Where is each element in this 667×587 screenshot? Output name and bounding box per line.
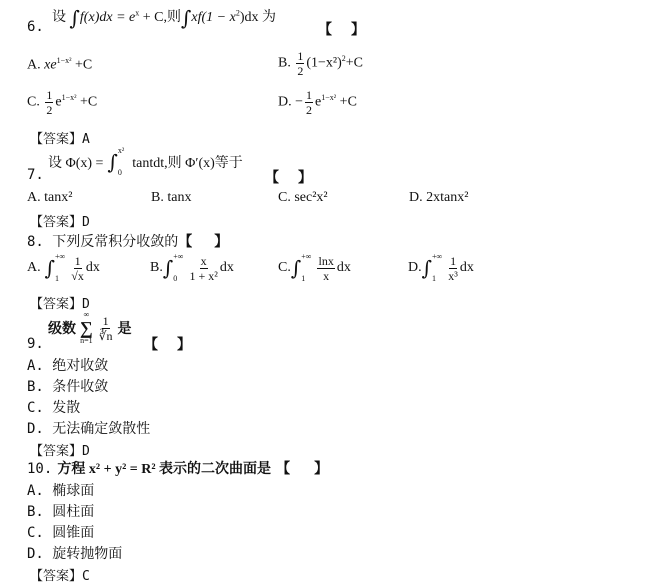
- answer-blank-open: 【: [144, 334, 158, 354]
- answer-value: D: [82, 444, 90, 459]
- option-b: B. 12(1−x²)2+C: [278, 50, 363, 77]
- answer-blank-open: 【: [265, 167, 279, 187]
- option-b: B. tanx: [151, 190, 191, 206]
- integral-limits: +∞0: [173, 253, 183, 283]
- answer-blank-open: 【: [276, 461, 290, 477]
- fraction: 1√x: [71, 255, 84, 282]
- fraction: 1∛n: [99, 315, 113, 342]
- question-number: 9.: [27, 336, 44, 352]
- answer-blank-close: 】: [298, 167, 312, 187]
- question-number: 6.: [27, 19, 44, 35]
- question-number: 10.: [27, 461, 52, 477]
- answer-value: C: [82, 569, 90, 584]
- option-d: D. 2xtanx²: [409, 190, 468, 206]
- answer-line: 【答案】D: [30, 293, 90, 312]
- question-stem: 10. 方程 x² + y² = R² 表示的二次曲面是 【】: [27, 458, 328, 478]
- answer-blank-close: 】: [214, 234, 228, 250]
- option-c: C. sec²x²: [278, 190, 328, 206]
- integral-sign: ∫: [45, 256, 55, 280]
- option-d: D. ∫ +∞1 1x³ dx: [408, 253, 474, 283]
- fraction: 12: [305, 89, 313, 116]
- question-stem: 设 Φ(x) = ∫ x²0 tantdt,则 Φ′(x)等于: [48, 147, 243, 177]
- fraction: x1 + x²: [189, 255, 217, 282]
- question-stem: 级数 ∞ ∑ n=1 1∛n 是: [48, 311, 132, 345]
- integral-sign: ∫: [181, 6, 191, 30]
- question-stem: 设 ∫f(x)dx = ex + C,则∫xf(1 − x2)dx 为: [52, 6, 276, 30]
- option-d: D. −12e1−x² +C: [278, 89, 357, 116]
- question-number: 8.: [27, 234, 44, 250]
- integral-limits: +∞1: [301, 253, 311, 283]
- answer-value: A: [82, 132, 90, 147]
- fraction: 12: [45, 89, 53, 116]
- fraction: 1x³: [448, 255, 458, 282]
- option-a: A. 绝对收敛: [27, 355, 108, 375]
- integral-limits: +∞1: [55, 253, 65, 283]
- option-c: C. ∫ +∞1 lnxx dx: [278, 253, 351, 283]
- sigma-icon: ∑: [80, 319, 93, 337]
- integral-limits: +∞1: [432, 253, 442, 283]
- integral-sign: ∫: [422, 256, 432, 280]
- integral-sign: ∫: [107, 150, 117, 174]
- answer-line: 【答案】A: [30, 128, 90, 147]
- answer-blank-close: 】: [314, 461, 328, 477]
- summation: ∞ ∑ n=1: [80, 311, 93, 345]
- answer-value: D: [82, 215, 90, 230]
- option-b: B. 圆柱面: [27, 501, 94, 521]
- answer-blank-close: 】: [177, 334, 191, 354]
- question-number: 7.: [27, 167, 44, 183]
- answer-blank-open: 【: [318, 19, 332, 39]
- integral-sign: ∫: [291, 256, 301, 280]
- answer-blank-close: 】: [351, 19, 365, 39]
- answer-line: 【答案】C: [30, 565, 90, 584]
- option-a: A. xe1−x² +C: [27, 56, 92, 74]
- answer-blank-open: 【: [178, 234, 192, 250]
- option-c: C. 圆锥面: [27, 522, 94, 542]
- option-b: B. 条件收敛: [27, 376, 108, 396]
- question-stem: 8. 下列反常积分收敛的【】: [27, 231, 228, 251]
- option-c: C. 发散: [27, 397, 80, 417]
- integral-sign: ∫: [163, 256, 173, 280]
- integral-limits: x²0: [118, 147, 124, 177]
- option-a: A. ∫ +∞1 1√x dx: [27, 253, 100, 283]
- fraction: lnxx: [317, 255, 334, 282]
- option-a: A. 椭球面: [27, 480, 94, 500]
- option-b: B. ∫ +∞0 x1 + x² dx: [150, 253, 234, 283]
- integral-sign: ∫: [70, 6, 80, 30]
- option-c: C. 12e1−x² +C: [27, 89, 97, 116]
- answer-line: 【答案】D: [30, 440, 90, 459]
- fraction: 12: [296, 50, 304, 77]
- option-d: D. 无法确定敛散性: [27, 418, 150, 438]
- answer-line: 【答案】D: [30, 211, 90, 230]
- option-a: A. tanx²: [27, 190, 72, 206]
- option-d: D. 旋转抛物面: [27, 543, 122, 563]
